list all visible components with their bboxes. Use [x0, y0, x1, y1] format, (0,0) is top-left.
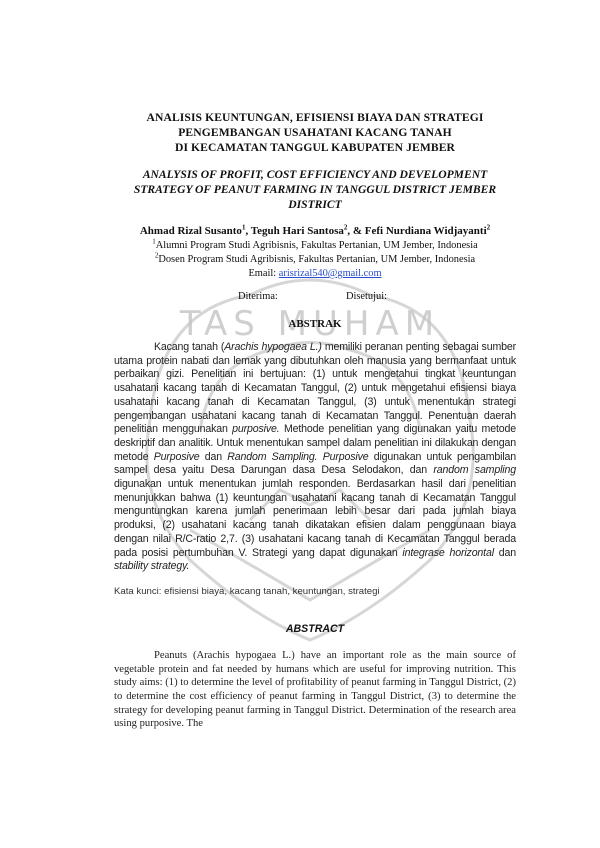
approved-label: Disetujui:: [346, 291, 387, 302]
paper-title-english: ANALYSIS OF PROFIT, COST EFFICIENCY AND …: [114, 167, 516, 212]
author-name: Fefi Nurdiana Widjayanti: [365, 225, 487, 237]
author-name: Ahmad Rizal Susanto: [140, 225, 242, 237]
dates-row: Diterima: Disetujui:: [114, 291, 516, 305]
abstrak-body: Kacang tanah (Arachis hypogaea L.) memil…: [114, 341, 516, 574]
abstract-heading: ABSTRACT: [114, 623, 516, 635]
affiliation-1: 1Alumni Program Studi Agribisnis, Fakult…: [114, 239, 516, 253]
email-link[interactable]: arisrizal540@gmail.com: [279, 268, 382, 279]
author-name: Teguh Hari Santosa: [251, 225, 344, 237]
abstract-body-english: Peanuts (Arachis hypogaea L.) have an im…: [114, 649, 516, 731]
paper-content: ANALISIS KEUNTUNGAN, EFISIENSI BIAYA DAN…: [114, 110, 516, 731]
document-page: TAS MUHAM ANALISIS KEUNTUNGAN, EFISIENSI…: [0, 0, 600, 848]
email-line: Email: arisrizal540@gmail.com: [114, 267, 516, 281]
received-label: Diterima:: [238, 291, 278, 302]
abstrak-heading: ABSTRAK: [114, 317, 516, 331]
keywords: Kata kunci: efisiensi biaya, kacang tana…: [114, 586, 516, 597]
affiliation-2: 2Dosen Program Studi Agribisnis, Fakulta…: [114, 253, 516, 267]
email-label: Email:: [248, 268, 276, 279]
author-list: Ahmad Rizal Susanto1, Teguh Hari Santosa…: [114, 224, 516, 239]
paper-title-indonesian: ANALISIS KEUNTUNGAN, EFISIENSI BIAYA DAN…: [114, 110, 516, 155]
